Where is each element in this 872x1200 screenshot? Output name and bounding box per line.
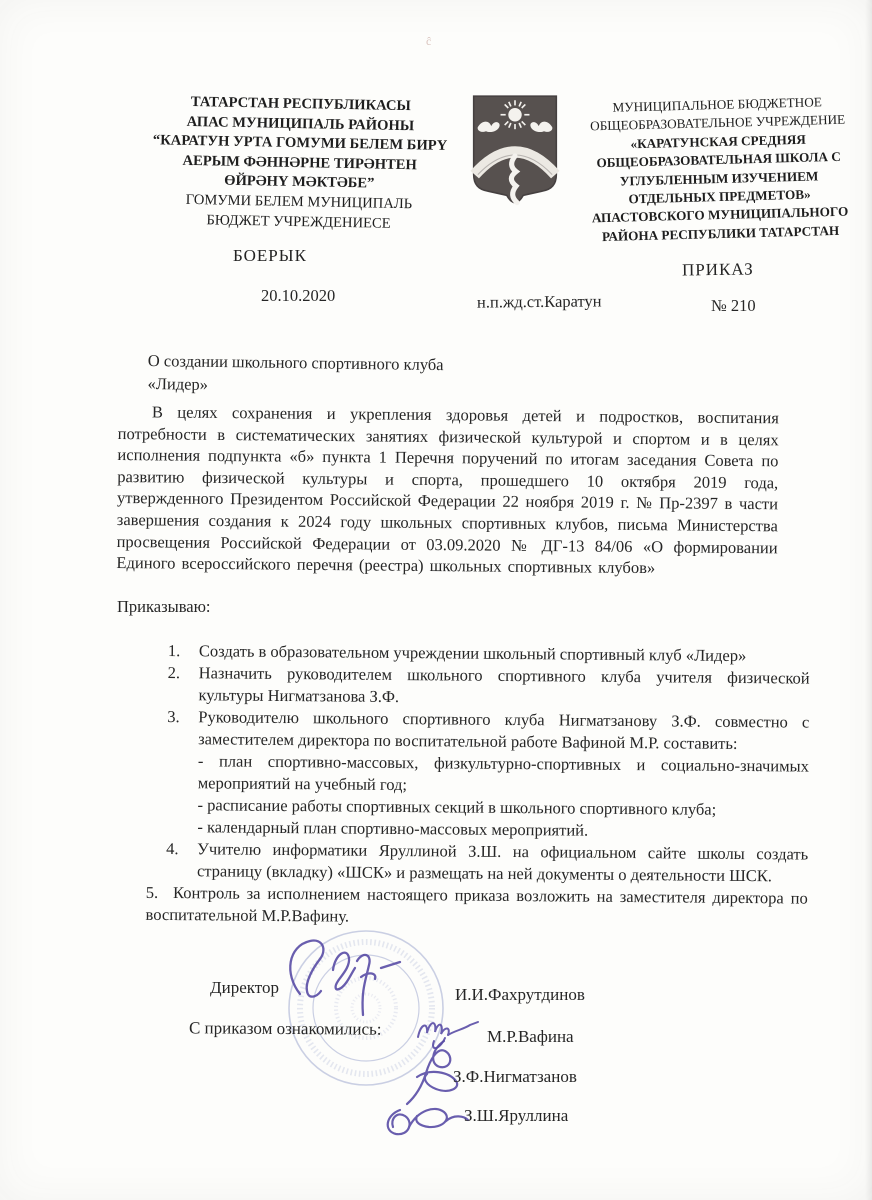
document-date: 20.10.2020 [261,286,335,306]
document-title-russian: ПРИКАЗ [682,260,754,281]
director-label: Директор [210,978,279,998]
document-subject: О создании школьного спортивного клуба «… [147,349,443,399]
document-number: № 210 [711,296,756,316]
order-item-text: Контроль за исполнением настоящего прика… [146,883,808,926]
coat-of-arms-icon [462,92,568,216]
order-list: 1. Создать в образовательном учреждении … [166,640,810,932]
order-item-5: 5. Контроль за исполнением настоящего пр… [146,882,808,932]
director-name: И.И.Фахрутдинов [455,985,585,1005]
document-page: ĉ ТАТАРСТАН РЕСПУБЛИКАСЫ АПАС МУНИЦИПАЛЬ… [0,0,872,1200]
subject-line-2: «Лидер» [147,372,443,399]
order-item-number: 2. [167,662,198,706]
order-item-number: 4. [166,838,197,882]
order-item-2: 2. Назначить руководителем школьного спо… [167,662,809,712]
order-item-text: Руководителю школьного спортивного клуба… [197,706,809,843]
acknowledged-name-nigmatzanov: З.Ф.Нигматзанов [453,1067,577,1087]
order-item-text: Учителю информатики Яруллиной З.Ш. на оф… [197,838,808,887]
left-organization-name: ТАТАРСТАН РЕСПУБЛИКАСЫ АПАС МУНИЦИПАЛЬ Р… [137,92,462,235]
scan-artifact: ĉ [426,34,431,49]
order-item-text: Назначить руководителем школьного спорти… [198,662,809,711]
order-lead: Приказываю: [117,597,211,617]
preamble-paragraph: В целях сохранения и укрепления здоровья… [116,401,779,580]
right-organization-name: МУНИЦИПАЛЬНОЕ БЮДЖЕТНОЕ ОБЩЕОБРАЗОВАТЕЛЬ… [566,92,872,247]
order-item-number: 5. [146,883,167,902]
order-item-number: 1. [168,640,199,662]
document-place: н.п.жд.ст.Каратун [477,291,602,312]
order-item-4: 4. Учителю информатики Яруллиной З.Ш. на… [166,838,808,888]
signature-director [276,928,421,1020]
document-title-tatar: БОЕРЫК [233,246,307,266]
acknowledged-label: С приказом ознакомились: [189,1018,382,1039]
acknowledged-name-vafina: М.Р.Вафина [487,1027,574,1047]
order-item-number: 3. [166,706,198,838]
acknowledged-name-yarullina: З.Ш.Яруллина [464,1106,568,1126]
order-item-3: 3. Руководителю школьного спортивного кл… [166,706,809,844]
